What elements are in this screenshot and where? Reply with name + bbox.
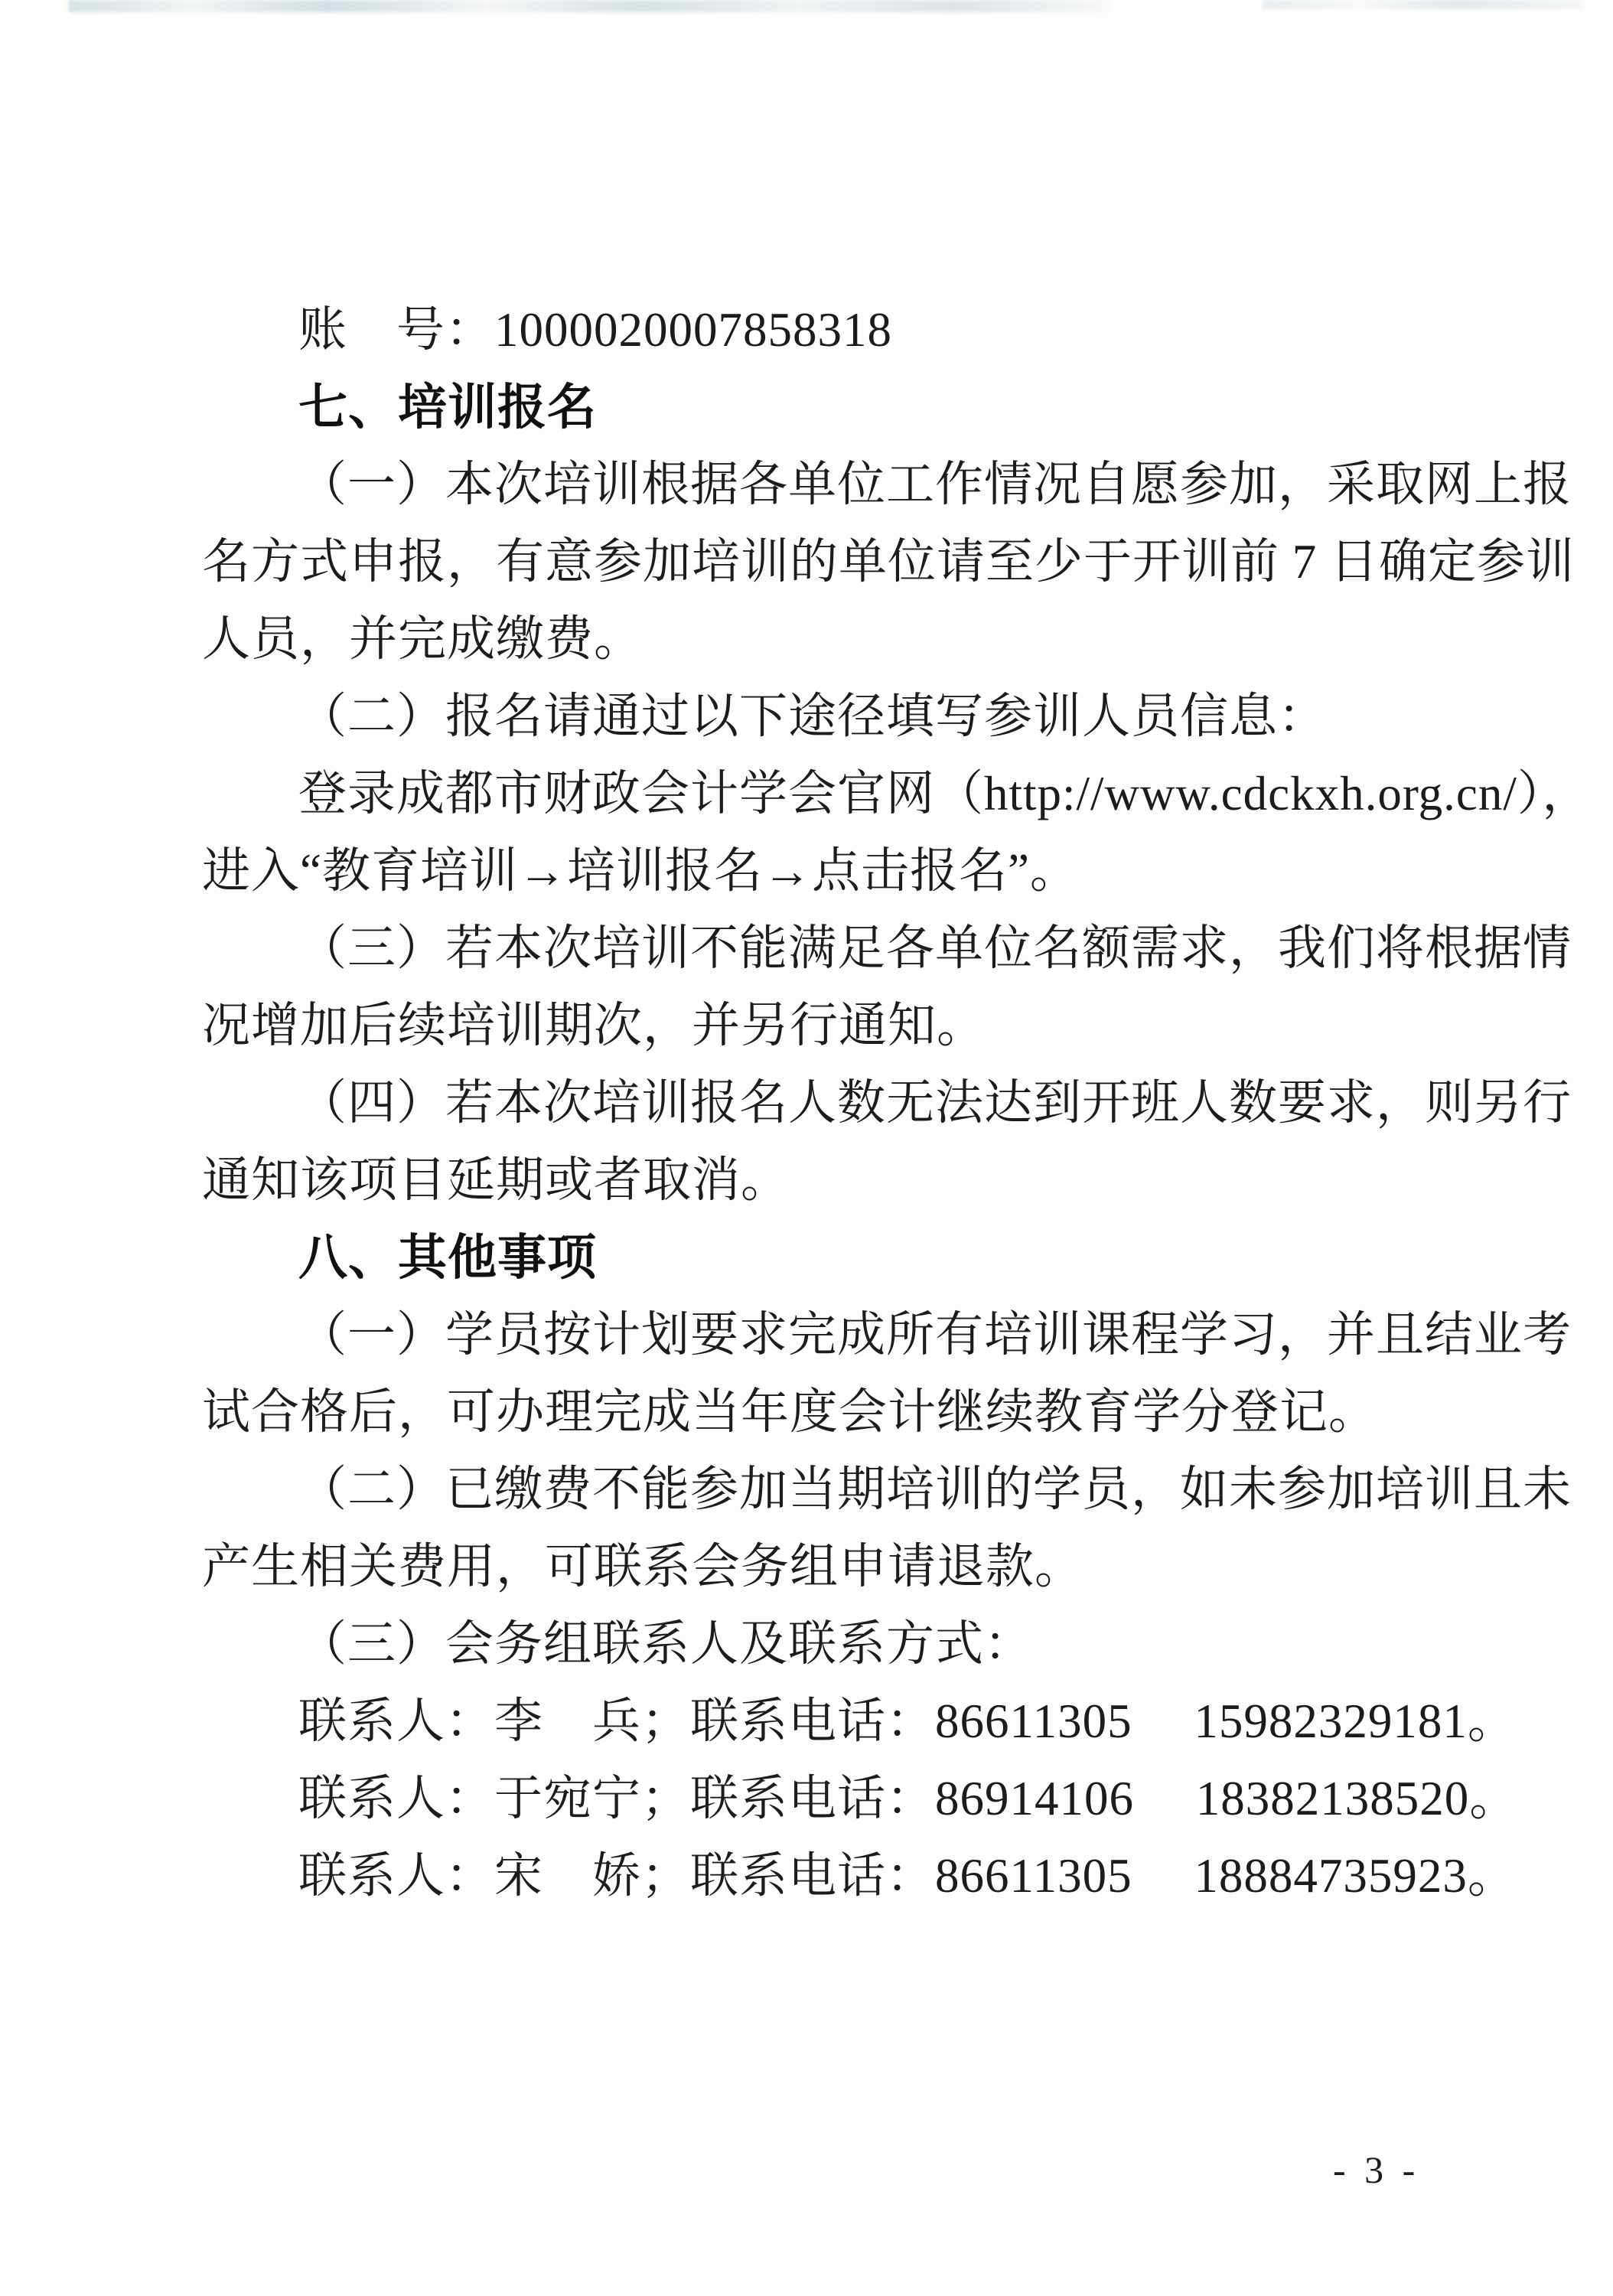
text-line: 联系人：于宛宁；联系电话：86914106 18382138520。: [202, 1760, 1503, 1838]
text-line: （三）会务组联系人及联系方式：: [202, 1606, 1503, 1683]
text-line: 通知该项目延期或者取消。: [202, 1142, 1503, 1219]
section-heading: 八、其他事项: [202, 1219, 1503, 1296]
text-line: 登录成都市财政会计学会官网（http://www.cdckxh.org.cn/）…: [202, 755, 1503, 833]
document-body: 账 号：1000020007858318七、培训报名（一）本次培训根据各单位工作…: [202, 292, 1503, 1915]
text-line: （一）学员按计划要求完成所有培训课程学习，并且结业考: [202, 1296, 1503, 1374]
text-line: 况增加后续培训期次，并另行通知。: [202, 987, 1503, 1065]
text-line: 名方式申报，有意参加培训的单位请至少于开训前 7 日确定参训: [202, 523, 1503, 601]
text-line: （四）若本次培训报名人数无法达到开班人数要求，则另行: [202, 1065, 1503, 1142]
text-line: 产生相关费用，可联系会务组申请退款。: [202, 1528, 1503, 1606]
scan-edge-artifact: [1263, 0, 1584, 9]
text-line: 账 号：1000020007858318: [202, 292, 1503, 369]
scanned-document-page: 账 号：1000020007858318七、培训报名（一）本次培训根据各单位工作…: [0, 0, 1613, 2296]
text-line: 试合格后，可办理完成当年度会计继续教育学分登记。: [202, 1374, 1503, 1451]
text-line: （一）本次培训根据各单位工作情况自愿参加，采取网上报: [202, 446, 1503, 523]
text-line: 进入“教育培训→培训报名→点击报名”。: [202, 833, 1503, 910]
text-line: 联系人：宋 娇；联系电话：86611305 18884735923。: [202, 1838, 1503, 1915]
text-line: （二）报名请通过以下途径填写参训人员信息：: [202, 678, 1503, 755]
scan-edge-artifact: [69, 0, 1110, 12]
text-line: （三）若本次培训不能满足各单位名额需求，我们将根据情: [202, 910, 1503, 987]
text-line: 联系人：李 兵；联系电话：86611305 15982329181。: [202, 1683, 1503, 1760]
page-number: - 3 -: [1333, 2148, 1419, 2192]
text-line: 人员，并完成缴费。: [202, 601, 1503, 678]
text-line: （二）已缴费不能参加当期培训的学员，如未参加培训且未: [202, 1451, 1503, 1528]
section-heading: 七、培训报名: [202, 369, 1503, 446]
